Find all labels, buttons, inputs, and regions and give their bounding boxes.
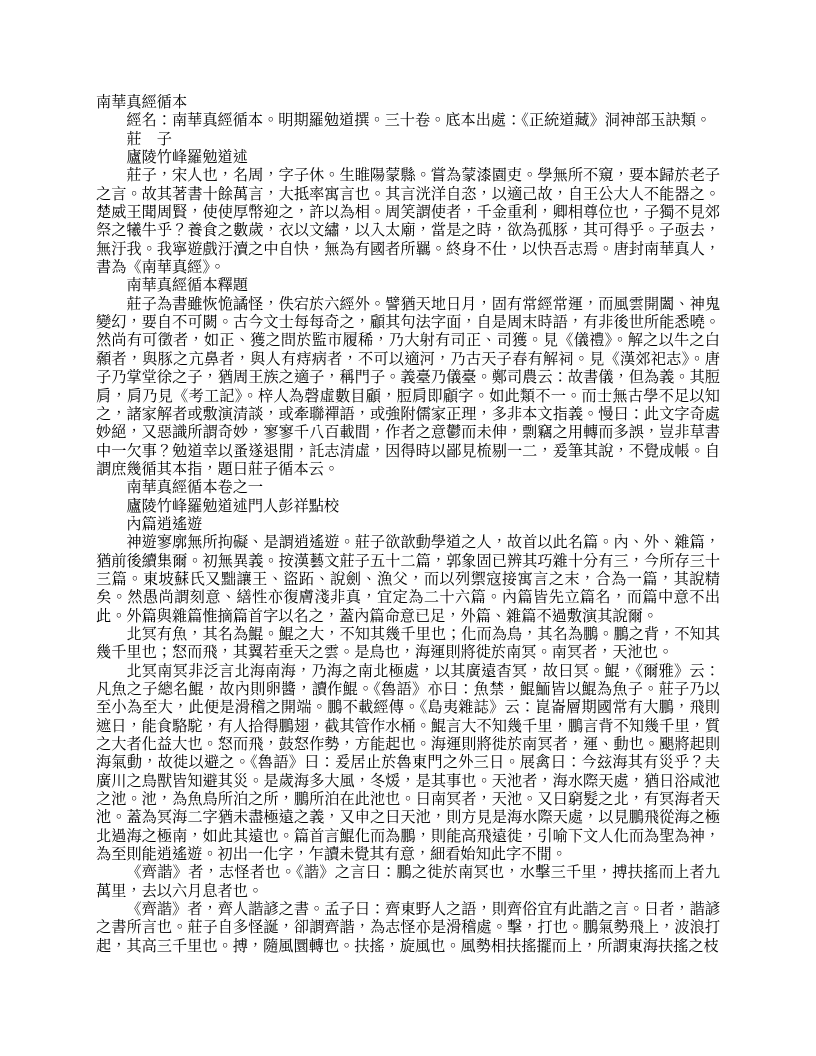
author-line: 廬陵竹峰羅勉道述 xyxy=(96,148,720,166)
paragraph-xiaoyaoyou-intro: 神遊寥廓無所拘礙、是謂逍遙遊。莊子欲歆動學道之人，故首以此名篇。內、外、雜篇，猶… xyxy=(96,533,720,625)
document-title: 南華真經循本 xyxy=(96,93,720,111)
text-content: 南華真經循本 經名：南華真經循本。明期羅勉道撰。三十卷。底本出處：《正統道藏》洞… xyxy=(96,93,720,955)
quote-beiming-youyu: 北冥有魚，其名為鯤。鯤之大，不知其幾千里也；化而為鳥，其名為鵬。鵬之背，不知其幾… xyxy=(96,625,720,662)
paragraph-qixie-commentary: 《齊諧》者，齊人諧諺之書。孟子曰：齊東野人之語，則齊俗宜有此諧之言。日者，諧諺之… xyxy=(96,900,720,955)
quote-qixie: 《齊諧》者，志怪者也。《諧》之言曰：鵬之徙於南冥也，水擊三千里，搏扶搖而上者九萬… xyxy=(96,863,720,900)
heading-shiti: 南華真經循本釋題 xyxy=(96,276,720,294)
author-collation-line: 廬陵竹峰羅勉道述門人彭祥點校 xyxy=(96,497,720,515)
heading-zhuangzi: 莊 子 xyxy=(96,130,720,148)
bibliographic-note: 經名：南華真經循本。明期羅勉道撰。三十卷。底本出處：《正統道藏》洞神部玉訣類。 xyxy=(96,111,720,129)
heading-juan-one: 南華真經循本卷之一 xyxy=(96,478,720,496)
paragraph-beiming-commentary: 北冥南冥非泛言北海南海，乃海之南北極處，以其廣遠杳冥，故曰冥。鯤，《爾雅》云：凡… xyxy=(96,662,720,864)
heading-neipian-xiaoyaoyou: 內篇逍遙遊 xyxy=(96,515,720,533)
document-page: 南華真經循本 經名：南華真經循本。明期羅勉道撰。三十卷。底本出處：《正統道藏》洞… xyxy=(0,0,816,1056)
paragraph-shiti-commentary: 莊子為書雖恢恑譎怪，佚宕於六經外。譬猶天地日月，固有常經常運，而風雲開闔、神鬼變… xyxy=(96,295,720,478)
paragraph-biography: 莊子，宋人也，名周，字子休。生睢陽蒙縣。嘗為蒙漆園吏。學無所不窺，要本歸於老子之… xyxy=(96,166,720,276)
